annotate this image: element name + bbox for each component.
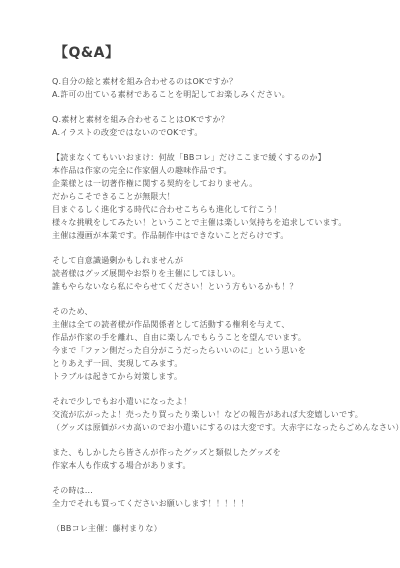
body-line: とりあえず一回、実現してみます。 xyxy=(52,357,376,370)
bonus-section-header: 【読まなくてもいいおまけ：何故「BBコレ」だけここまで緩くするのか】 xyxy=(52,151,376,164)
body-line: （グッズは原価がバカ高いのでお小遣いにするのは大変です。大赤字になったらごめんな… xyxy=(52,421,376,434)
body-line: 主催は全ての読者様が作品関係者として活動する権利を与えて、 xyxy=(52,318,376,331)
answer-text: A.許可の出ている素材であることを明記してお楽しみください。 xyxy=(52,88,376,101)
body-line: 作品が作家の手を離れ、自由に楽しんでもらうことを望んでいます。 xyxy=(52,331,376,344)
answer-text: A.イラストの改変ではないのでOKです。 xyxy=(52,126,376,139)
paragraph: また、もしかしたら皆さんが作ったグッズと類似したグッズを 作家本人も作成する場合… xyxy=(52,446,376,472)
body-line: 主催は漫画が本業です。作品制作中はできないことだらけです。 xyxy=(52,229,376,242)
bonus-section: 【読まなくてもいいおまけ：何故「BBコレ」だけここまで緩くするのか】 本作品は作… xyxy=(52,151,376,242)
qa-block: Q.自分の絵と素材を組み合わせるのはOKですか？ A.許可の出ている素材であるこ… xyxy=(52,75,376,101)
paragraph: そして自意識過剰かもしれませんが 読者様はグッズ展開やお祭りを主催にしてほしい。… xyxy=(52,254,376,293)
paragraph: それで少しでもお小遣いになったよ！ 交流が広がったよ！売ったり買ったり楽しい！な… xyxy=(52,395,376,434)
signature-text: （BBコレ主催：藤村まりな） xyxy=(52,522,376,535)
body-line: それで少しでもお小遣いになったよ！ xyxy=(52,395,376,408)
question-text: Q.素材と素材を組み合わせることはOKですか？ xyxy=(52,113,376,126)
signature-block: （BBコレ主催：藤村まりな） xyxy=(52,522,376,535)
document-content: 【Q&A】 Q.自分の絵と素材を組み合わせるのはOKですか？ A.許可の出ている… xyxy=(52,42,376,547)
qa-block: Q.素材と素材を組み合わせることはOKですか？ A.イラストの改変ではないのでO… xyxy=(52,113,376,139)
paragraph: その時は… 全力でそれも買ってくださいお願いします！！！！！ xyxy=(52,484,376,510)
body-line: 企業様とは一切著作権に関する契約をしておりません。 xyxy=(52,177,376,190)
page-title: 【Q&A】 xyxy=(54,42,376,62)
paragraph: そのため、 主催は全ての読者様が作品関係者として活動する権利を与えて、 作品が作… xyxy=(52,305,376,383)
body-line: また、もしかしたら皆さんが作ったグッズと類似したグッズを xyxy=(52,446,376,459)
body-line: 本作品は作家の完全に作家個人の趣味作品です。 xyxy=(52,164,376,177)
body-line: そして自意識過剰かもしれませんが xyxy=(52,254,376,267)
body-line: 読者様はグッズ展開やお祭りを主催にしてほしい。 xyxy=(52,267,376,280)
body-line: その時は… xyxy=(52,484,376,497)
body-line: だからこそできることが無限大！ xyxy=(52,190,376,203)
body-line: 様々な挑戦をしてみたい！ということで主催は楽しい気持ちを追求しています。 xyxy=(52,216,376,229)
qa-document-page: 【Q&A】 Q.自分の絵と素材を組み合わせるのはOKですか？ A.許可の出ている… xyxy=(0,0,400,568)
body-line: 誰もやらないなら私にやらせてください！という方もいるかも！？ xyxy=(52,280,376,293)
body-line: トラブルは起きてから対策します。 xyxy=(52,370,376,383)
body-line: 今まで「ファン側だった自分がこうだったらいいのに」という思いを xyxy=(52,344,376,357)
question-text: Q.自分の絵と素材を組み合わせるのはOKですか？ xyxy=(52,75,376,88)
body-line: 作家本人も作成する場合があります。 xyxy=(52,459,376,472)
body-line: 交流が広がったよ！売ったり買ったり楽しい！などの報告があれば大変嬉しいです。 xyxy=(52,408,376,421)
body-line: 全力でそれも買ってくださいお願いします！！！！！ xyxy=(52,497,376,510)
body-line: 目まぐるしく進化する時代に合わせこちらも進化して行こう！ xyxy=(52,203,376,216)
body-line: そのため、 xyxy=(52,305,376,318)
